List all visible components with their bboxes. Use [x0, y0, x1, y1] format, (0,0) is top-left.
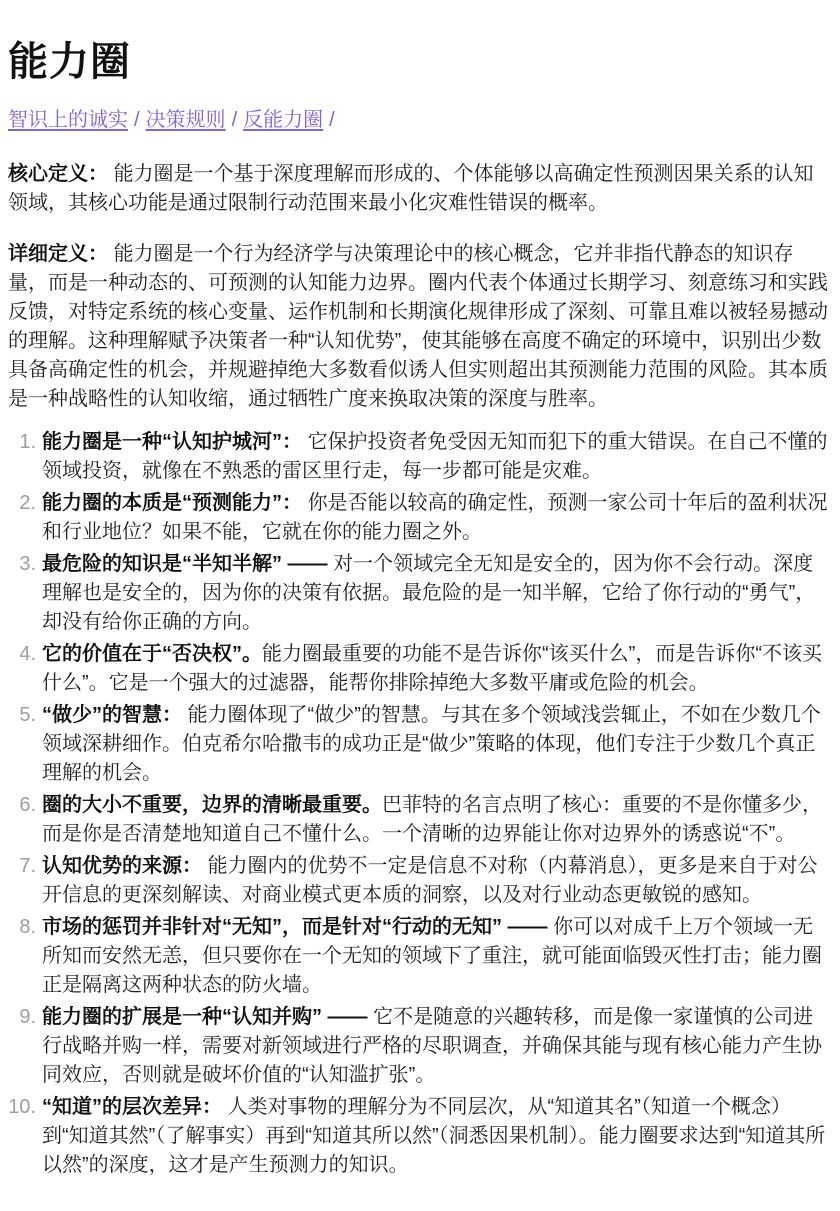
list-item-3: 最危险的知识是“半知半解” —— 对一个领域完全无知是安全的，因为你不会行动。深…: [42, 550, 832, 637]
link-intellectual-honesty[interactable]: 智识上的诚实: [8, 109, 128, 131]
list-item-1: 能力圈是一种“认知护城河”： 它保护投资者免受因无知而犯下的重大错误。在自己不懂…: [42, 428, 832, 486]
link-decision-rules[interactable]: 决策规则: [146, 109, 226, 131]
core-definition-text: 能力圈是一个基于深度理解而形成的、个体能够以高确定性预测因果关系的认知领域，其核…: [8, 163, 814, 214]
detailed-definition-text: 能力圈是一个行为经济学与决策理论中的核心概念，它并非指代静态的知识存量，而是一种…: [8, 243, 828, 410]
detailed-definition-lead: 详细定义：: [8, 243, 114, 265]
link-separator: /: [329, 109, 335, 131]
list-item-2-lead: 能力圈的本质是“预测能力”：: [42, 492, 308, 514]
list-item-7: 认知优势的来源： 能力圈内的优势不一定是信息不对称（内幕消息），更多是来自于对公…: [42, 852, 832, 910]
list-item-10: “知道”的层次差异： 人类对事物的理解分为不同层次，从“知道其名”（知道一个概念…: [42, 1093, 832, 1180]
list-item-6: 圈的大小不重要，边界的清晰最重要。巴菲特的名言点明了核心：重要的不是你懂多少，而…: [42, 791, 832, 849]
link-separator: /: [134, 109, 140, 131]
list-item-2: 能力圈的本质是“预测能力”： 你是否能以较高的确定性，预测一家公司十年后的盈利状…: [42, 489, 832, 547]
key-points-list: 能力圈是一种“认知护城河”： 它保护投资者免受因无知而犯下的重大错误。在自己不懂…: [8, 428, 832, 1180]
link-anti-competence-circle[interactable]: 反能力圈: [243, 109, 323, 131]
list-item-5-lead: “做少”的智慧：: [42, 704, 188, 726]
list-item-3-lead: 最危险的知识是“半知半解” ——: [42, 553, 333, 575]
core-definition-paragraph: 核心定义： 能力圈是一个基于深度理解而形成的、个体能够以高确定性预测因果关系的认…: [8, 160, 832, 218]
link-separator: /: [232, 109, 238, 131]
list-item-1-lead: 能力圈是一种“认知护城河”：: [42, 431, 308, 453]
list-item-4-lead: 它的价值在于“否决权”。: [42, 643, 262, 665]
document-page: 能力圈 智识上的诚实/决策规则/反能力圈/ 核心定义： 能力圈是一个基于深度理解…: [0, 0, 840, 1211]
related-links: 智识上的诚实/决策规则/反能力圈/: [8, 106, 832, 134]
list-item-10-lead: “知道”的层次差异：: [42, 1096, 228, 1118]
core-definition-lead: 核心定义：: [8, 163, 114, 185]
list-item-8-lead: 市场的惩罚并非针对“无知”，而是针对“行动的无知” ——: [42, 916, 553, 938]
page-title: 能力圈: [8, 38, 832, 86]
list-item-5: “做少”的智慧： 能力圈体现了“做少”的智慧。与其在多个领域浅尝辄止，不如在少数…: [42, 701, 832, 788]
detailed-definition-paragraph: 详细定义： 能力圈是一个行为经济学与决策理论中的核心概念，它并非指代静态的知识存…: [8, 240, 832, 414]
list-item-4: 它的价值在于“否决权”。能力圈最重要的功能不是告诉你“该买什么”，而是告诉你“不…: [42, 640, 832, 698]
list-item-9-lead: 能力圈的扩展是一种“认知并购” ——: [42, 1006, 373, 1028]
list-item-6-lead: 圈的大小不重要，边界的清晰最重要。: [42, 794, 382, 816]
list-item-7-lead: 认知优势的来源：: [42, 855, 208, 877]
list-item-8: 市场的惩罚并非针对“无知”，而是针对“行动的无知” —— 你可以对成千上万个领域…: [42, 913, 832, 1000]
list-item-9: 能力圈的扩展是一种“认知并购” —— 它不是随意的兴趣转移，而是像一家谨慎的公司…: [42, 1003, 832, 1090]
